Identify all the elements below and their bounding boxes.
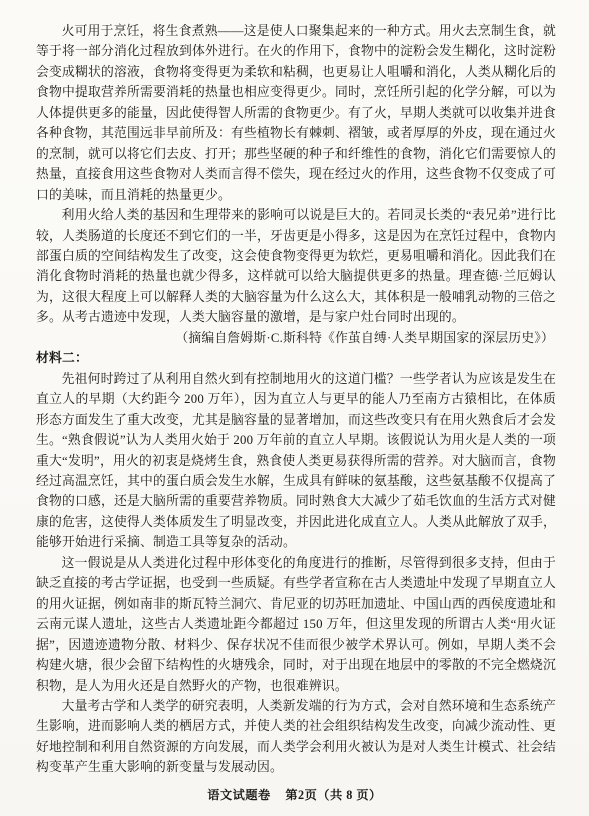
- footer-page-number: 第2页（共 8 页）: [285, 788, 381, 802]
- material-two-heading: 材料二：: [36, 348, 556, 368]
- exam-paper-page: 火可用于烹饪，将生食煮熟——这是使人口聚集起来的一种方式。用火去烹制生食，就等于…: [0, 0, 589, 816]
- material-one-paragraph-2: 利用火给人类的基因和生理带来的影响可以说是巨大的。若同灵长类的“表兄弟”进行比较…: [36, 205, 556, 328]
- material-one-source-citation: （摘编自詹姆斯·C.斯科特《作茧自缚·人类早期国家的深层历史》）: [36, 328, 556, 348]
- material-two-paragraph-2: 这一假说是从人类进化过程中形体变化的角度进行的推断，尽管得到很多支持，但由于缺乏…: [36, 553, 556, 696]
- material-one-paragraph-1: 火可用于烹饪，将生食煮熟——这是使人口聚集起来的一种方式。用火去烹制生食，就等于…: [36, 21, 556, 205]
- footer-doc-title: 语文试题卷: [207, 788, 270, 802]
- material-two-paragraph-3: 大量考古学和人类学的研究表明，人类新发端的行为方式，会对自然环境和生态系统产生影…: [36, 696, 556, 778]
- page-text-block: 火可用于烹饪，将生食煮熟——这是使人口聚集起来的一种方式。用火去烹制生食，就等于…: [36, 21, 556, 778]
- page-footer: 语文试题卷第2页（共 8 页）: [0, 786, 589, 803]
- material-two-paragraph-1: 先祖何时跨过了从利用自然火到有控制地用火的这道门槛？一些学者认为应该是发生在直立…: [36, 369, 556, 553]
